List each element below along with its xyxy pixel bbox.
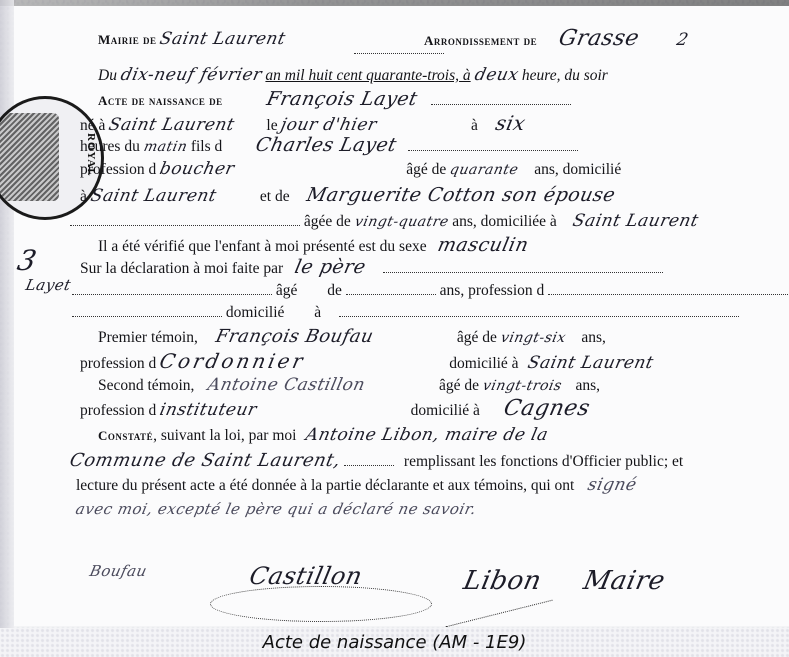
margin-entry-number: 3 <box>14 244 39 277</box>
mother-domicile-label: ans, domiciliée à <box>452 213 557 230</box>
born-prefix: né à <box>80 117 105 134</box>
witness1-profession: Cordonnier <box>158 352 307 370</box>
acte-line: Acte de naissance de François Layet <box>98 90 571 110</box>
born-line: né à Saint Laurent le jour d'hier à six <box>80 114 525 135</box>
declarant: le père <box>293 258 367 276</box>
born-le: le <box>266 117 277 134</box>
witness2-ans: ans, <box>575 377 600 394</box>
date-hour: deux <box>473 66 520 84</box>
born-hour: six <box>494 114 527 132</box>
birth-certificate-page: ROYAL 3 Layet Mairie de Saint Laurent Ar… <box>14 6 789 626</box>
declaration-text: Sur la déclaration à moi faite par <box>80 260 283 277</box>
officer-name: Antoine Libon, maire de la <box>304 426 550 444</box>
scan-left-edge <box>0 0 14 657</box>
father-domicile: Saint Laurent <box>89 187 218 205</box>
declarant-domicile-rule-2 <box>339 315 739 317</box>
libon-paraph <box>445 599 552 628</box>
arrondissement-line: Arrondissement de Grasse 2 <box>424 30 688 50</box>
date-printed-year: an mil huit cent quarante-trois, à <box>265 67 470 84</box>
mother-age-line: âgée de vingt-quatre ans, domiciliée à S… <box>70 212 698 231</box>
constate-line: Constaté, suivant la loi, par moi Antoin… <box>98 426 548 445</box>
witness2-profession-label: profession d <box>80 402 156 419</box>
declarant-profession-label: ans, profession d <box>440 282 545 299</box>
witness1-age: vingt-six <box>499 329 568 347</box>
witness2-age: vingt-trois <box>481 377 563 395</box>
born-date: jour d'hier <box>280 116 379 134</box>
arrondissement-value: Grasse <box>557 30 641 48</box>
signature-libon: Libon <box>461 566 545 596</box>
father-age-label: âgé de <box>406 161 446 178</box>
mother-et: et de <box>260 188 290 205</box>
declarant-age-rule-1 <box>72 293 272 295</box>
arrondissement-label: Arrondissement de <box>424 33 537 48</box>
declarant-age-label: âgé <box>276 282 298 299</box>
sex-text: Il a été vérifié que l'enfant à moi prés… <box>98 238 427 255</box>
signature-maire: Maire <box>581 566 668 596</box>
witness2-profession-line: profession d instituteur domicilié à Cag… <box>80 400 589 420</box>
child-sex: masculin <box>437 236 531 254</box>
officer-commune-line: Commune de Saint Laurent, remplissant le… <box>70 452 683 471</box>
signed-word: signé <box>586 476 638 494</box>
witness1-profession-label: profession d <box>80 355 156 372</box>
declarant-domicile-rule-1 <box>72 315 222 317</box>
stamp-emblem-icon <box>0 113 59 201</box>
born-a: à <box>471 117 478 134</box>
date-suffix: heure, du soir <box>522 67 608 84</box>
profession-line: profession d boucher âgé de quarante ans… <box>80 160 621 179</box>
acte-label: Acte de naissance de <box>98 93 223 108</box>
signature-boufau: Boufau <box>88 562 149 580</box>
father-domicile-label: ans, domicilié <box>534 161 621 178</box>
father-de: d <box>215 138 223 155</box>
mother-name: Marguerite Cotton son épouse <box>306 186 618 204</box>
declarant-domicile-a: à <box>314 304 321 321</box>
date-day-month: dix-neuf février <box>119 66 264 84</box>
declarant-age-rule-2 <box>346 293 436 295</box>
acte-rule <box>431 103 571 105</box>
sex-line: Il a été vérifié que l'enfant à moi prés… <box>98 236 529 256</box>
officer-rule <box>344 464 394 466</box>
declarant-age-de: de <box>327 282 342 299</box>
father-prefix: heures du <box>80 138 140 155</box>
witness2-label: Second témoin, <box>98 377 194 394</box>
witness2-domicile-label: domicilié à <box>411 402 480 419</box>
mother-domicile: Saint Laurent <box>571 212 700 230</box>
child-name: François Layet <box>265 90 419 108</box>
profession-prefix: profession d <box>80 161 156 178</box>
constate-label: Constaté <box>98 428 153 443</box>
signature-castillon: Castillon <box>247 562 365 590</box>
father-period: matin <box>142 138 189 156</box>
header-rule <box>354 52 444 54</box>
father-profession: boucher <box>158 160 236 178</box>
constate-text: , suivant la loi, par moi <box>153 427 296 444</box>
witness1-domicile-label: domicilié à <box>449 355 518 372</box>
date-prefix: Du <box>98 67 117 84</box>
witness2-profession: instituteur <box>158 401 258 419</box>
father-age: quarante <box>448 161 520 179</box>
witness2-name: Antoine Castillon <box>206 376 367 394</box>
witness2-line: Second témoin, Antoine Castillon âgé de … <box>98 376 600 395</box>
declaration-rule <box>383 271 663 273</box>
constate-text3: lecture du présent acte a été donnée à l… <box>76 477 574 494</box>
witness1-label: Premier témoin, <box>98 329 198 346</box>
mother-prefix: à <box>80 188 87 205</box>
margin-entry-name: Layet <box>24 276 73 294</box>
declarant-domicile-label: domicilié <box>226 304 285 321</box>
castillon-flourish <box>210 586 432 622</box>
lecture-line: lecture du présent acte a été donnée à l… <box>76 476 637 495</box>
born-place: Saint Laurent <box>107 116 236 134</box>
witness1-name: François Boufau <box>214 328 375 346</box>
officer-commune: Commune de Saint Laurent, <box>68 452 342 470</box>
witness2-age-label: âgé de <box>439 377 479 394</box>
father-line: heures du matin fils d Charles Layet <box>80 136 578 156</box>
declarant-age-line: âgé de ans, profession d <box>72 282 788 300</box>
closing-text: avec moi, excepté le père qui a déclaré … <box>74 500 478 518</box>
witness1-domicile: Saint Laurent <box>527 354 656 372</box>
witness1-age-label: âgé de <box>457 329 497 346</box>
declaration-line: Sur la déclaration à moi faite par le pè… <box>80 258 663 278</box>
image-caption: Acte de naissance (AM - 1E9) <box>0 628 789 657</box>
constate-text2: remplissant les fonctions d'Officier pub… <box>404 453 683 470</box>
witness2-domicile: Cagnes <box>502 400 591 418</box>
mairie-value: Saint Laurent <box>158 30 287 48</box>
witness1-profession-line: profession d Cordonnier domicilié à Sain… <box>80 352 654 373</box>
mairie-line: Mairie de Saint Laurent <box>98 30 286 49</box>
father-rule <box>408 149 578 151</box>
mother-age-rule <box>70 224 300 226</box>
closing-line: avec moi, excepté le père qui a déclaré … <box>76 500 476 519</box>
mother-age-label: âgée de <box>304 213 351 230</box>
mairie-label: Mairie de <box>98 32 157 47</box>
declarant-profession-rule <box>548 293 788 295</box>
mother-line: à Saint Laurent et de Marguerite Cotton … <box>80 186 616 206</box>
father-fils: fils <box>191 138 211 155</box>
corner-mark: 2 <box>675 31 690 49</box>
father-name: Charles Layet <box>254 136 398 154</box>
declarant-domicile-line: domicilié à <box>72 304 739 322</box>
mother-age: vingt-quatre <box>353 213 450 231</box>
witness1-line: Premier témoin, François Boufau âgé de v… <box>98 328 606 347</box>
witness1-ans: ans, <box>581 329 606 346</box>
date-line: Du dix-neuf février an mil huit cent qua… <box>98 66 608 85</box>
